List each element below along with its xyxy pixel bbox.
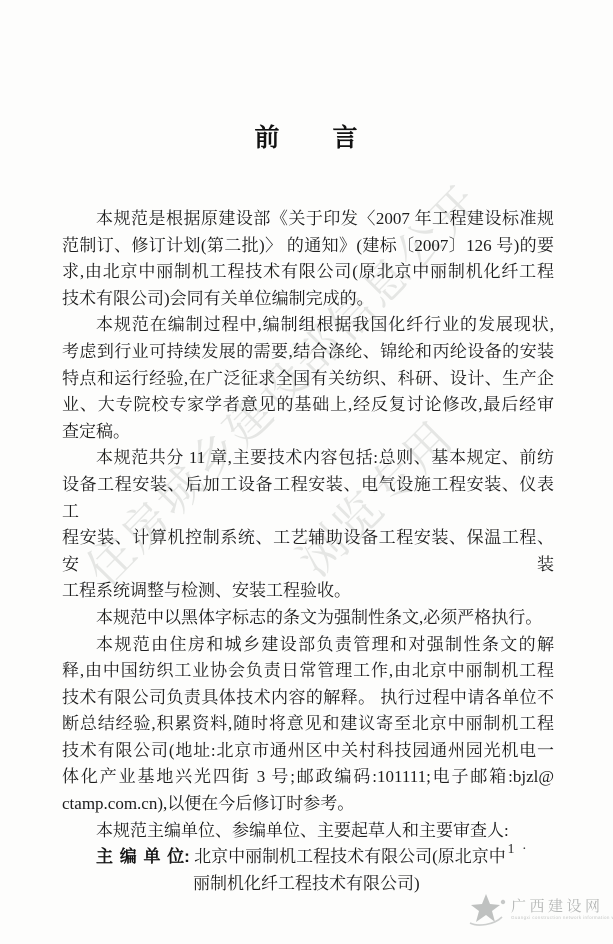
page-title: 前 言 bbox=[0, 123, 613, 154]
preface-line: 体化产业基地兴光四街 3 号;邮政编码:101111;电子邮箱:bjzl@ bbox=[62, 764, 554, 791]
preface-line: 特点和运行经验,在广泛征求全国有关纺织、科研、设计、生产企 bbox=[62, 366, 554, 393]
preface-paragraphs: 本规范是根据原建设部《关于印发〈2007 年工程建设标准规范制订、修订计划(第二… bbox=[62, 206, 554, 844]
preface-line: 本规范共分 11 章,主要技术内容包括:总则、基本规定、前纺 bbox=[62, 445, 554, 472]
preface-line: 程安装、计算机控制系统、工艺辅助设备工程安装、保温工程、安装 bbox=[62, 525, 554, 578]
preface-line: 考虑到行业可持续发展的需要,结合涤纶、锦纶和丙纶设备的安装 bbox=[62, 339, 554, 366]
star-icon bbox=[466, 892, 508, 928]
chief-editor-label: 主 编 单 位: bbox=[96, 847, 190, 866]
preface-line: 范制订、修订计划(第二批)〉 的通知》(建标〔2007〕126 号)的要 bbox=[62, 233, 554, 260]
preface-line: 技术有限公司负责具体技术内容的解释。 执行过程中请各单位不 bbox=[62, 685, 554, 712]
page-number: · 1 · bbox=[462, 842, 562, 858]
preface-line: 业、大专院校专家学者意见的基础上,经反复讨论修改,最后经审 bbox=[62, 392, 554, 419]
preface-line: ctamp.com.cn),以便在今后修订时参考。 bbox=[62, 791, 554, 818]
preface-line: 本规范中以黑体字标志的条文为强制性条文,必须严格执行。 bbox=[62, 605, 554, 632]
preface-line: 工程系统调整与检测、安装工程验收。 bbox=[62, 578, 554, 605]
chief-editor-value-line1: 北京中丽制机工程技术有限公司(原北京中 bbox=[194, 847, 506, 866]
site-logo-tagline: Guangxi construction network information… bbox=[511, 915, 613, 921]
preface-line: 本规范是根据原建设部《关于印发〈2007 年工程建设标准规 bbox=[62, 206, 554, 233]
document-page: 前 言 本规范是根据原建设部《关于印发〈2007 年工程建设标准规范制订、修订计… bbox=[0, 0, 613, 944]
preface-line: 本规范由住房和城乡建设部负责管理和对强制性条文的解 bbox=[62, 632, 554, 659]
preface-body: 本规范是根据原建设部《关于印发〈2007 年工程建设标准规范制订、修订计划(第二… bbox=[62, 206, 554, 897]
preface-line: 查定稿。 bbox=[62, 419, 554, 446]
preface-line: 本规范主编单位、参编单位、主要起草人和主要审查人: bbox=[62, 818, 554, 845]
preface-line: 求,由北京中丽制机工程技术有限公司(原北京中丽制机化纤工程 bbox=[62, 259, 554, 286]
site-logo-name: 广西建设网 bbox=[511, 899, 613, 915]
preface-line: 释,由中国纺织工业协会负责日常管理工作,由北京中丽制机工程 bbox=[62, 658, 554, 685]
preface-line: 技术有限公司)会同有关单位编制完成的。 bbox=[62, 286, 554, 313]
preface-line: 设备工程安装、后加工设备工程安装、电气设施工程安装、仪表工 bbox=[62, 472, 554, 525]
site-logo: 广西建设网 Guangxi construction network infor… bbox=[466, 892, 613, 928]
preface-line: 技术有限公司(地址:北京市通州区中关村科技园通州园光机电一 bbox=[62, 738, 554, 765]
preface-line: 本规范在编制过程中,编制组根据我国化纤行业的发展现状, bbox=[62, 312, 554, 339]
preface-line: 断总结经验,积累资料,随时将意见和建议寄至北京中丽制机工程 bbox=[62, 711, 554, 738]
